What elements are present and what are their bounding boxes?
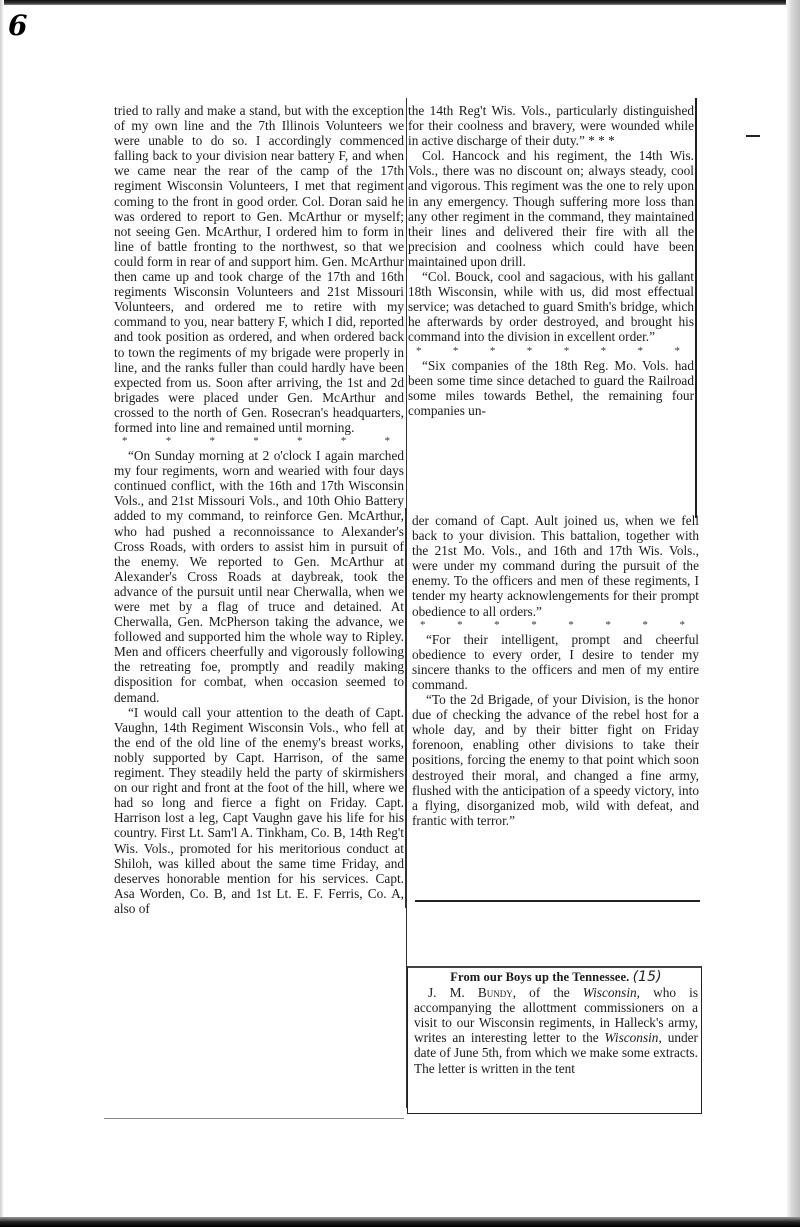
paper-name: Wisconsin [605, 1030, 659, 1045]
right-mid-paragraph-2: “For their intelligent, prompt and cheer… [412, 632, 699, 692]
right-mid-paragraph-3: “To the 2d Brigade, of your Division, is… [412, 692, 699, 828]
article-end-rule [415, 900, 700, 902]
article-box: From our Boys up the Tennessee. (15) J. … [407, 966, 702, 1114]
scan-edge-left [0, 0, 4, 1227]
left-paragraph-2: “On Sunday morning at 2 o'clock I again … [114, 448, 404, 705]
right-paragraph-3: “Col. Bouck, cool and sagacious, with hi… [408, 269, 694, 344]
right-column-middle: der comand of Capt. Ault joined us, when… [412, 513, 699, 828]
section-break-stars: * * * * * * * [114, 435, 404, 448]
right-paragraph-4: “Six companies of the 18th Reg. Mo. Vols… [408, 358, 694, 418]
byline-name: J. M. Bundy [428, 985, 513, 1000]
article-paragraph: J. M. Bundy, of the Wisconsin, who is ac… [414, 985, 698, 1076]
scan-edge-top [0, 0, 800, 5]
page-number: 6 [8, 12, 27, 40]
section-break-stars: * * * * * * * * [408, 345, 694, 358]
right-column-top: the 14th Reg't Wis. Vols., particularly … [408, 103, 694, 418]
section-break-stars: * * * * * * * * [412, 619, 699, 632]
scan-edge-bottom [0, 1217, 800, 1227]
column-rule [406, 98, 407, 1108]
right-paragraph-1: the 14th Reg't Wis. Vols., particularly … [408, 103, 694, 148]
column-bottom-rule [104, 1118, 404, 1119]
right-mid-paragraph-1: der comand of Capt. Ault joined us, when… [412, 513, 699, 619]
article-heading: From our Boys up the Tennessee. (15) [414, 970, 698, 985]
left-column: tried to rally and make a stand, but wit… [114, 103, 404, 916]
right-paragraph-2: Col. Hancock and his regiment, the 14th … [408, 148, 694, 269]
left-paragraph-3: “I would call your attention to the deat… [114, 705, 404, 916]
handwritten-annotation: (15) [633, 969, 662, 985]
column-rule [695, 98, 697, 518]
paper-name: Wisconsin [583, 985, 637, 1000]
left-paragraph-1: tried to rally and make a stand, but wit… [114, 103, 404, 435]
margin-mark [746, 135, 760, 137]
scan-edge-right [786, 0, 800, 1227]
column-rule [405, 508, 406, 908]
